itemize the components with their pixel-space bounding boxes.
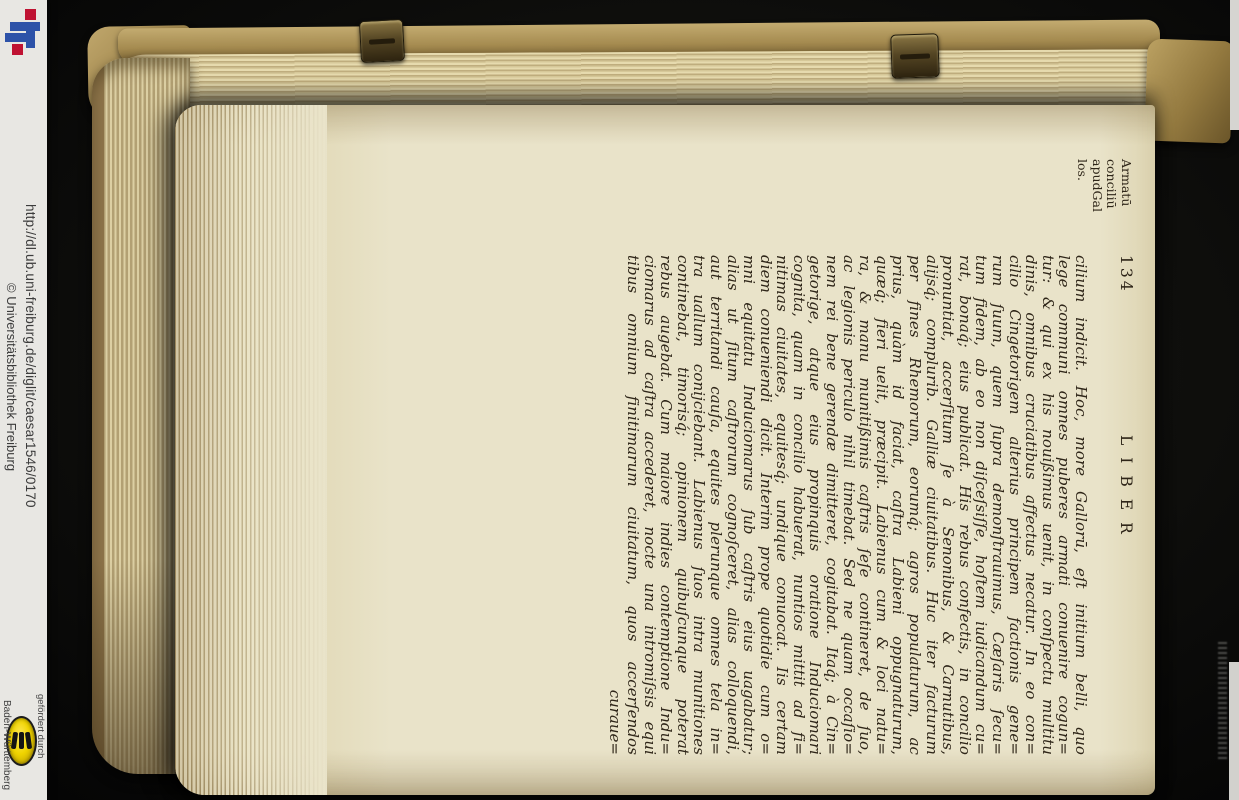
margin-note-line: Armatū [1118,159,1133,249]
text-line: continebat, timorisq́; opinionem quibuſc… [674,255,691,755]
text-line: alijsq́; complurib. Galliæ ciuitatibus. … [923,255,940,755]
library-sidebar: http://dl.ub.uni-freiburg.de/diglit/caes… [0,0,47,800]
logo-blue-bar [5,33,35,42]
text-line: per fines Rhemorum, eorumq́; agros popul… [906,255,923,755]
logo-red-square [25,9,36,20]
brass-clasp [359,19,405,63]
margin-note-line: conciliū [1104,159,1119,249]
book-board-corner [1144,39,1234,144]
funding-label: gefördert durch [35,694,46,758]
page-number: 134 [1117,255,1135,294]
catchword: curaue= [606,255,624,755]
text-line: aut territandi cauſa, equites plerunque … [707,255,724,755]
margin-note-line: los. [1075,159,1090,249]
text-line: rebus augebat. Cum maiore indies contemp… [658,255,675,755]
logo-red-square [12,44,23,55]
text-line: rat, bonaq́; eius publicat. His rebus co… [956,255,973,755]
text-line: prius, quàm id faciat, caſtra Labieni op… [890,255,907,755]
document-url: http://dl.ub.uni-freiburg.de/diglit/caes… [23,204,38,508]
lion-glyph [19,732,24,749]
ub-freiburg-logo-icon [0,4,47,62]
text-line: lege communi omnes puberes armati conuen… [1056,255,1073,755]
page-gutter-edges [175,105,327,795]
text-line: rum ſuum, quem ſupra demonſtrauimus, Cæſ… [989,255,1006,755]
text-line: alias ut ſitum caſtrorum cognoſceret, al… [724,255,741,755]
text-line: quæq́; fieri uelit, præcipit. Labienus c… [873,255,890,755]
funding-name: Baden-Württemberg [1,700,12,790]
text-line: cilium indicit. Hoc, more Gallorū, eſt i… [1072,255,1089,755]
running-header: LIBER [1117,435,1135,546]
text-line: getorige, atque eius propinquis oratione… [807,255,824,755]
text-line: tur: & qui ex his nouißimus uenit, in co… [1039,255,1056,755]
copyright-text: © Universitätsbibliothek Freiburg [4,283,19,471]
text-line: cognita, quam in concilio habuerat, nunt… [790,255,807,755]
text-line: pronuntiat, accerſitum ſe à Senonibus, &… [940,255,957,755]
text-line: ac legionis periculo nihil timebat. Sed … [840,255,857,755]
book-photo: 134 LIBER ArmatūconciliūapudGallos. cili… [0,0,1239,800]
text-line: ra, & manu munitißimis caſtris ſeſe cont… [857,255,874,755]
scanner-edge-strip [1229,662,1239,800]
text-line: nitimas ciuitates, equitesq́; undique co… [774,255,791,755]
margin-note: ArmatūconciliūapudGallos. [1075,159,1133,249]
text-line: tibus omnium finitimarum ciuitatum, quos… [624,255,641,755]
lion-glyph [25,732,32,750]
digitized-book-scan: http://dl.ub.uni-freiburg.de/diglit/caes… [0,0,1239,800]
text-line: ciomarus ad caſtra accederet, nocte una … [641,255,658,755]
text-line: tum fidem, ab eo non diſceſsiſſe, hoſtem… [973,255,990,755]
margin-note-line: apudGal [1089,159,1104,249]
scanner-edge-strip [1230,0,1239,130]
text-line: cilio Cingetorigem alterius principem fa… [1006,255,1023,755]
page-text: cilium indicit. Hoc, more Gallorū, eſt i… [624,255,1089,755]
text-line: mni equitatu Induciomarus ſub caſtris ei… [741,255,758,755]
book-page: 134 LIBER ArmatūconciliūapudGallos. cili… [175,105,1155,795]
text-line: dinis, omnibus cruciatibus affectus neca… [1023,255,1040,755]
text-line: tra uallum conijciebant. Labienus ſuos i… [691,255,708,755]
brass-clasp [890,33,940,79]
text-line: diem conueniendi dicit. Interim prope qu… [757,255,774,755]
text-line: nem rei bene gerendæ dimitteret, cogitab… [824,255,841,755]
faint-edge-marking [1218,642,1227,762]
logo-blue-bar [10,22,40,31]
